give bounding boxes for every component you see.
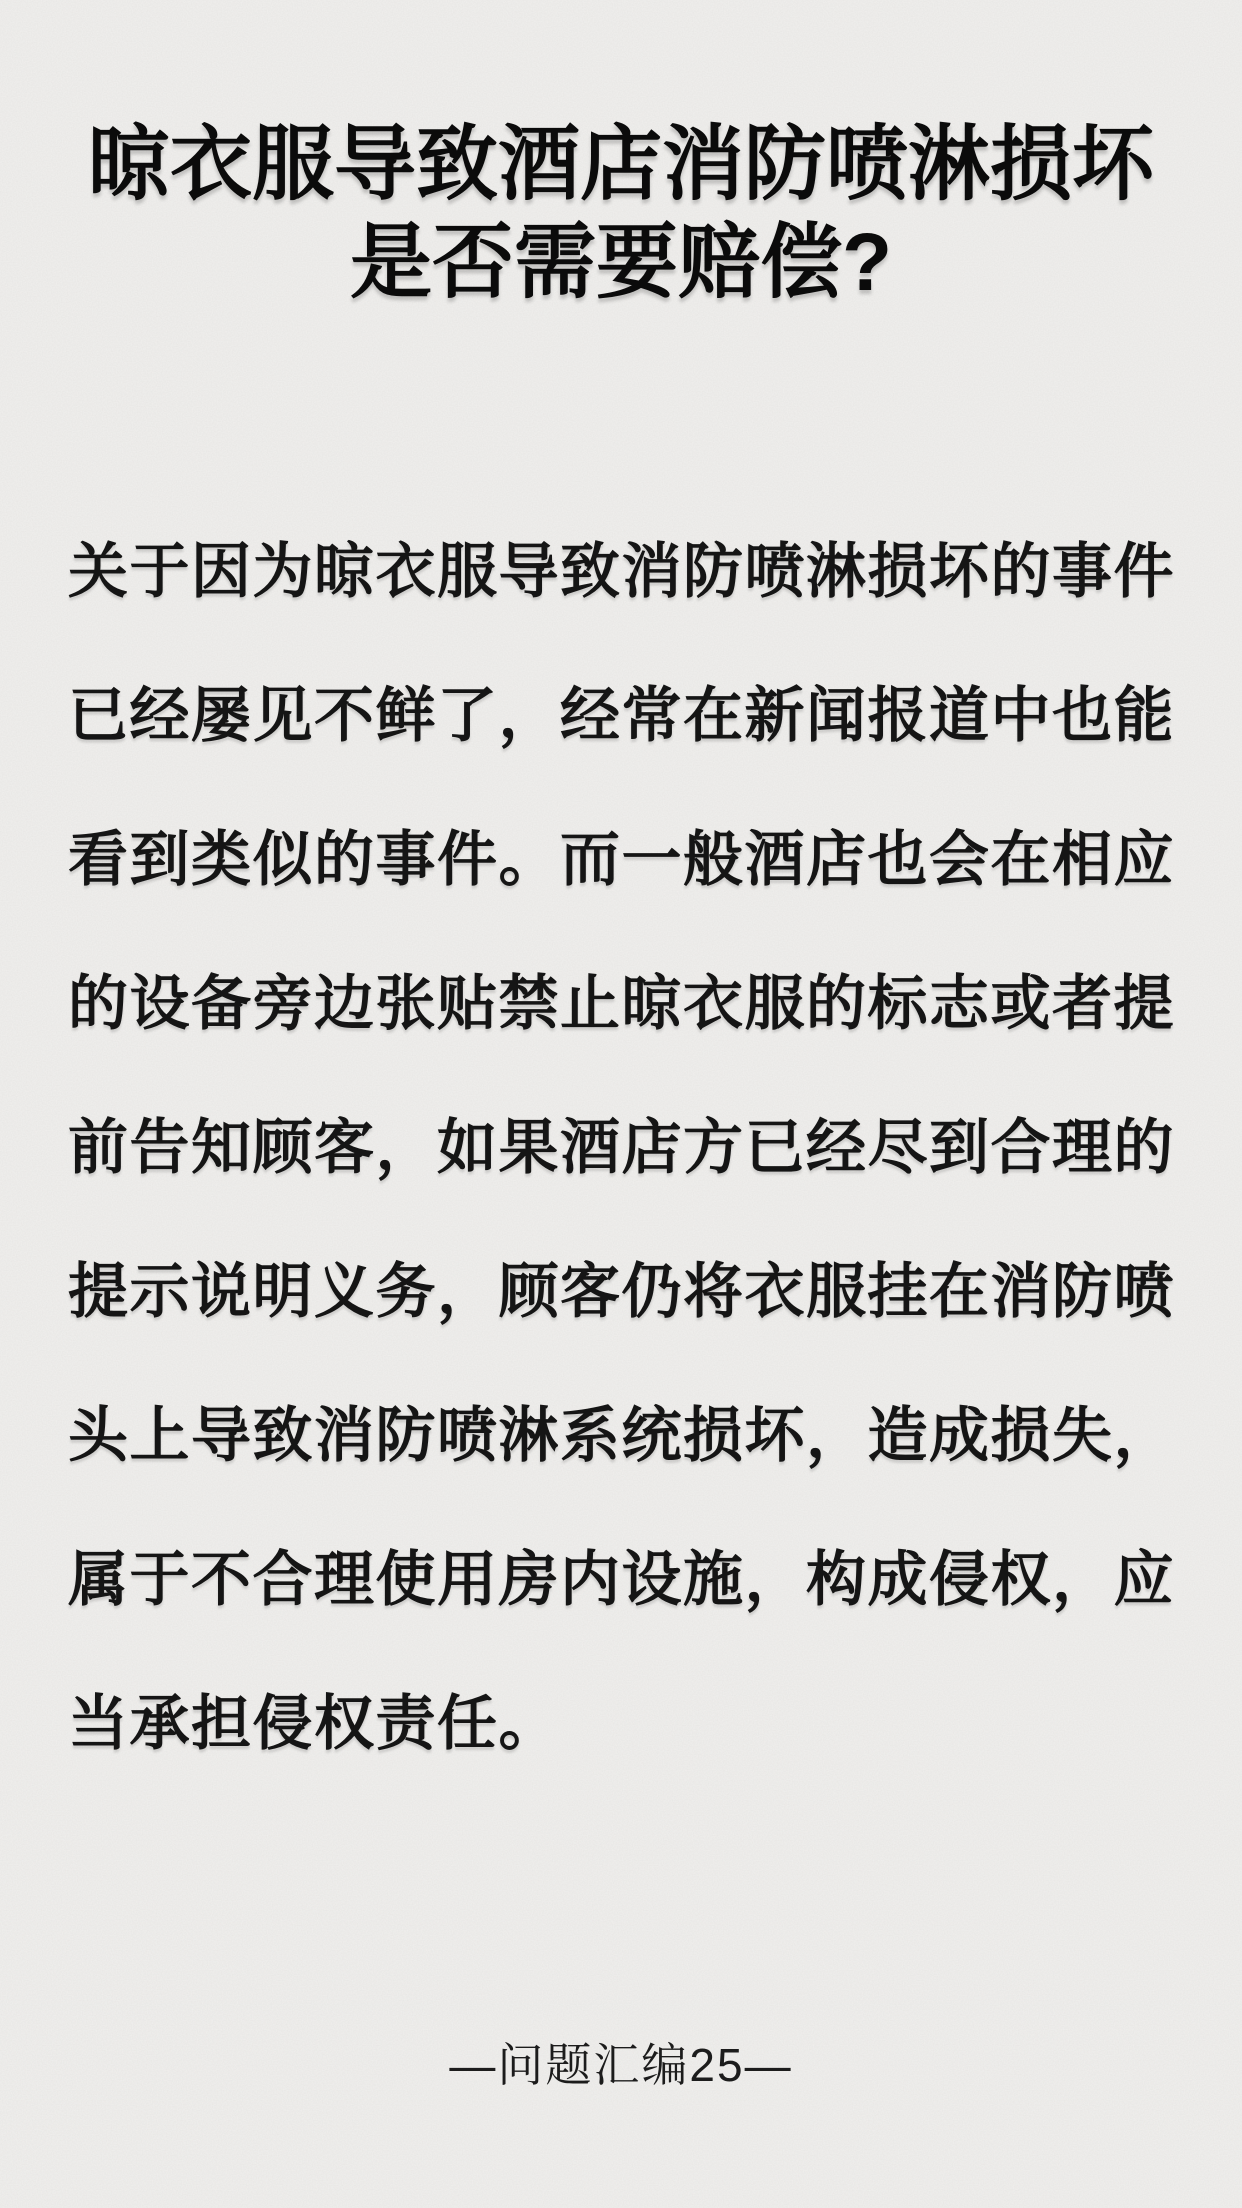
- body-paragraph: 关于因为晾衣服导致消防喷淋损坏的事件 已经屡见不鲜了，经常在新闻报道中也能 看到…: [68, 500, 1180, 1796]
- body-line: 提示说明义务，顾客仍将衣服挂在消防喷: [68, 1220, 1180, 1364]
- body-line: 看到类似的事件。而一般酒店也会在相应: [68, 788, 1180, 932]
- footer-label: —问题汇编25—: [0, 2038, 1242, 2092]
- body-line: 当承担侵权责任。: [68, 1652, 1180, 1796]
- body-line: 前告知顾客，如果酒店方已经尽到合理的: [68, 1076, 1180, 1220]
- text-card-page: 晾衣服导致酒店消防喷淋损坏 是否需要赔偿? 关于因为晾衣服导致消防喷淋损坏的事件…: [0, 0, 1242, 2208]
- body-line: 属于不合理使用房内设施，构成侵权，应: [68, 1508, 1180, 1652]
- title-line-2: 是否需要赔偿?: [0, 214, 1242, 312]
- body-line: 已经屡见不鲜了，经常在新闻报道中也能: [68, 644, 1180, 788]
- body-line: 的设备旁边张贴禁止晾衣服的标志或者提: [68, 932, 1180, 1076]
- body-line: 关于因为晾衣服导致消防喷淋损坏的事件: [68, 500, 1180, 644]
- body-line: 头上导致消防喷淋系统损坏，造成损失，: [68, 1364, 1180, 1508]
- page-title: 晾衣服导致酒店消防喷淋损坏 是否需要赔偿?: [0, 116, 1242, 312]
- title-line-1: 晾衣服导致酒店消防喷淋损坏: [0, 116, 1242, 214]
